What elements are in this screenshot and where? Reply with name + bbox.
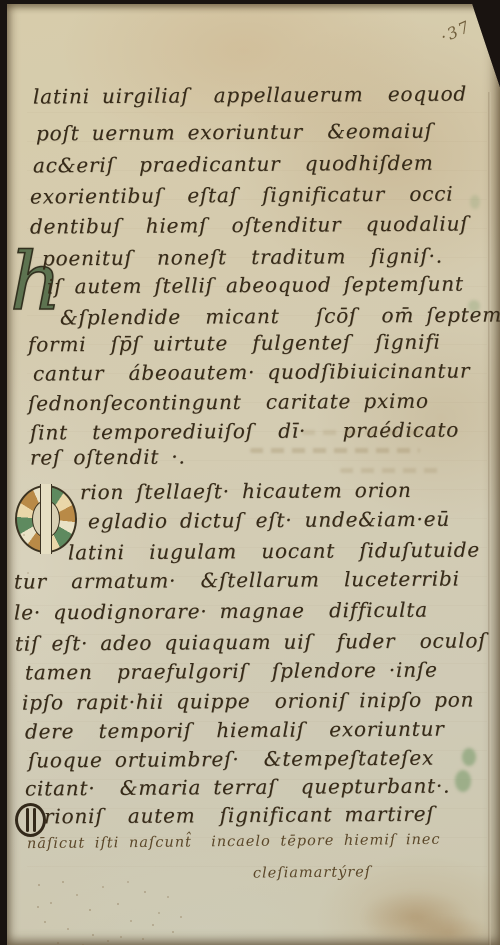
brown-stain (405, 915, 495, 945)
text-line-19: tiſ eſt· adeo quiaquam uiſ fuder oculoſ (15, 629, 487, 654)
text-line-5: dentibuſ hiemſ oſtenditur quodaliuſ (30, 212, 469, 237)
manuscript-photo: ·37 h latini uirgiliaſ appellauerum eoqu… (0, 0, 500, 945)
text-line-7: iſ autem ſtelliſ abeoquod ſeptemſunt (47, 273, 464, 298)
gloss-line-2: cleſiamartýreſ (253, 864, 371, 881)
text-line-13: reſ oſtendit ·. (30, 445, 186, 468)
text-line-10: cantur ábeoautem· quodſibiuicinantur (33, 359, 470, 384)
folio-number: ·37 (437, 16, 473, 46)
text-line-9: formi ſp̄ſ uirtute fulgenteſ ſignifi (28, 331, 441, 356)
green-stain (462, 748, 476, 766)
text-line-23: ſuoque ortuimbreſ· &tempeſtateſex (28, 747, 434, 772)
text-line-17: tur armatum· &ſtellarum luceterribi (14, 567, 460, 592)
text-line-8: &ſplendide micant ſcōſ om̄ ſeptem (60, 303, 500, 328)
text-line-20: tamen praefulgoriſ ſplendore ·inſe (25, 659, 438, 684)
text-line-4: exorientibuſ eſtaſ ſignificatur occi (30, 183, 454, 208)
page-edge-crease (488, 92, 491, 945)
text-line-24: citant· &maria terraſ quepturbant·. (25, 775, 450, 800)
text-line-18: le· quodignorare· magnae difficulta (14, 599, 428, 624)
text-line-3: ac&eriſ praedicantur quodhiſdem (33, 152, 434, 177)
text-line-1: latini uirgiliaſ appellauerum eoquod (33, 82, 467, 107)
follicle-speckles (32, 876, 34, 878)
text-line-25: rioniſ autem ſignificant martireſ (44, 803, 435, 828)
ink-showthrough (250, 448, 420, 453)
green-stain (468, 300, 480, 312)
text-line-6: poenituſ noneſt traditum ſigniſ·. (42, 245, 443, 270)
text-line-2: poſt uernum exoriuntur &eomaiuſ (36, 120, 433, 145)
initial-o-plain (15, 803, 46, 837)
green-stain (455, 770, 471, 792)
parchment-leaf: ·37 h latini uirgiliaſ appellauerum eoqu… (7, 4, 500, 945)
text-line-16: latini iugulam uocant ſiduſutuide (68, 539, 480, 564)
ink-showthrough (302, 430, 442, 435)
ink-showthrough (340, 468, 440, 473)
text-line-22: dere temporiſ hiemaliſ exoriuntur (25, 718, 445, 743)
text-line-11: ſednonſecontingunt caritate pximo (28, 390, 429, 415)
text-line-14: rion ſtellaeſt· hicautem orion (80, 479, 412, 503)
text-line-15: egladio dictuſ eſt· unde&iam·eū (88, 508, 450, 533)
follicle-speckles (21, 524, 23, 526)
green-stain (470, 195, 480, 209)
text-line-21: ipſo rapit·hii quippe orioniſ inipſo pon (22, 688, 474, 713)
